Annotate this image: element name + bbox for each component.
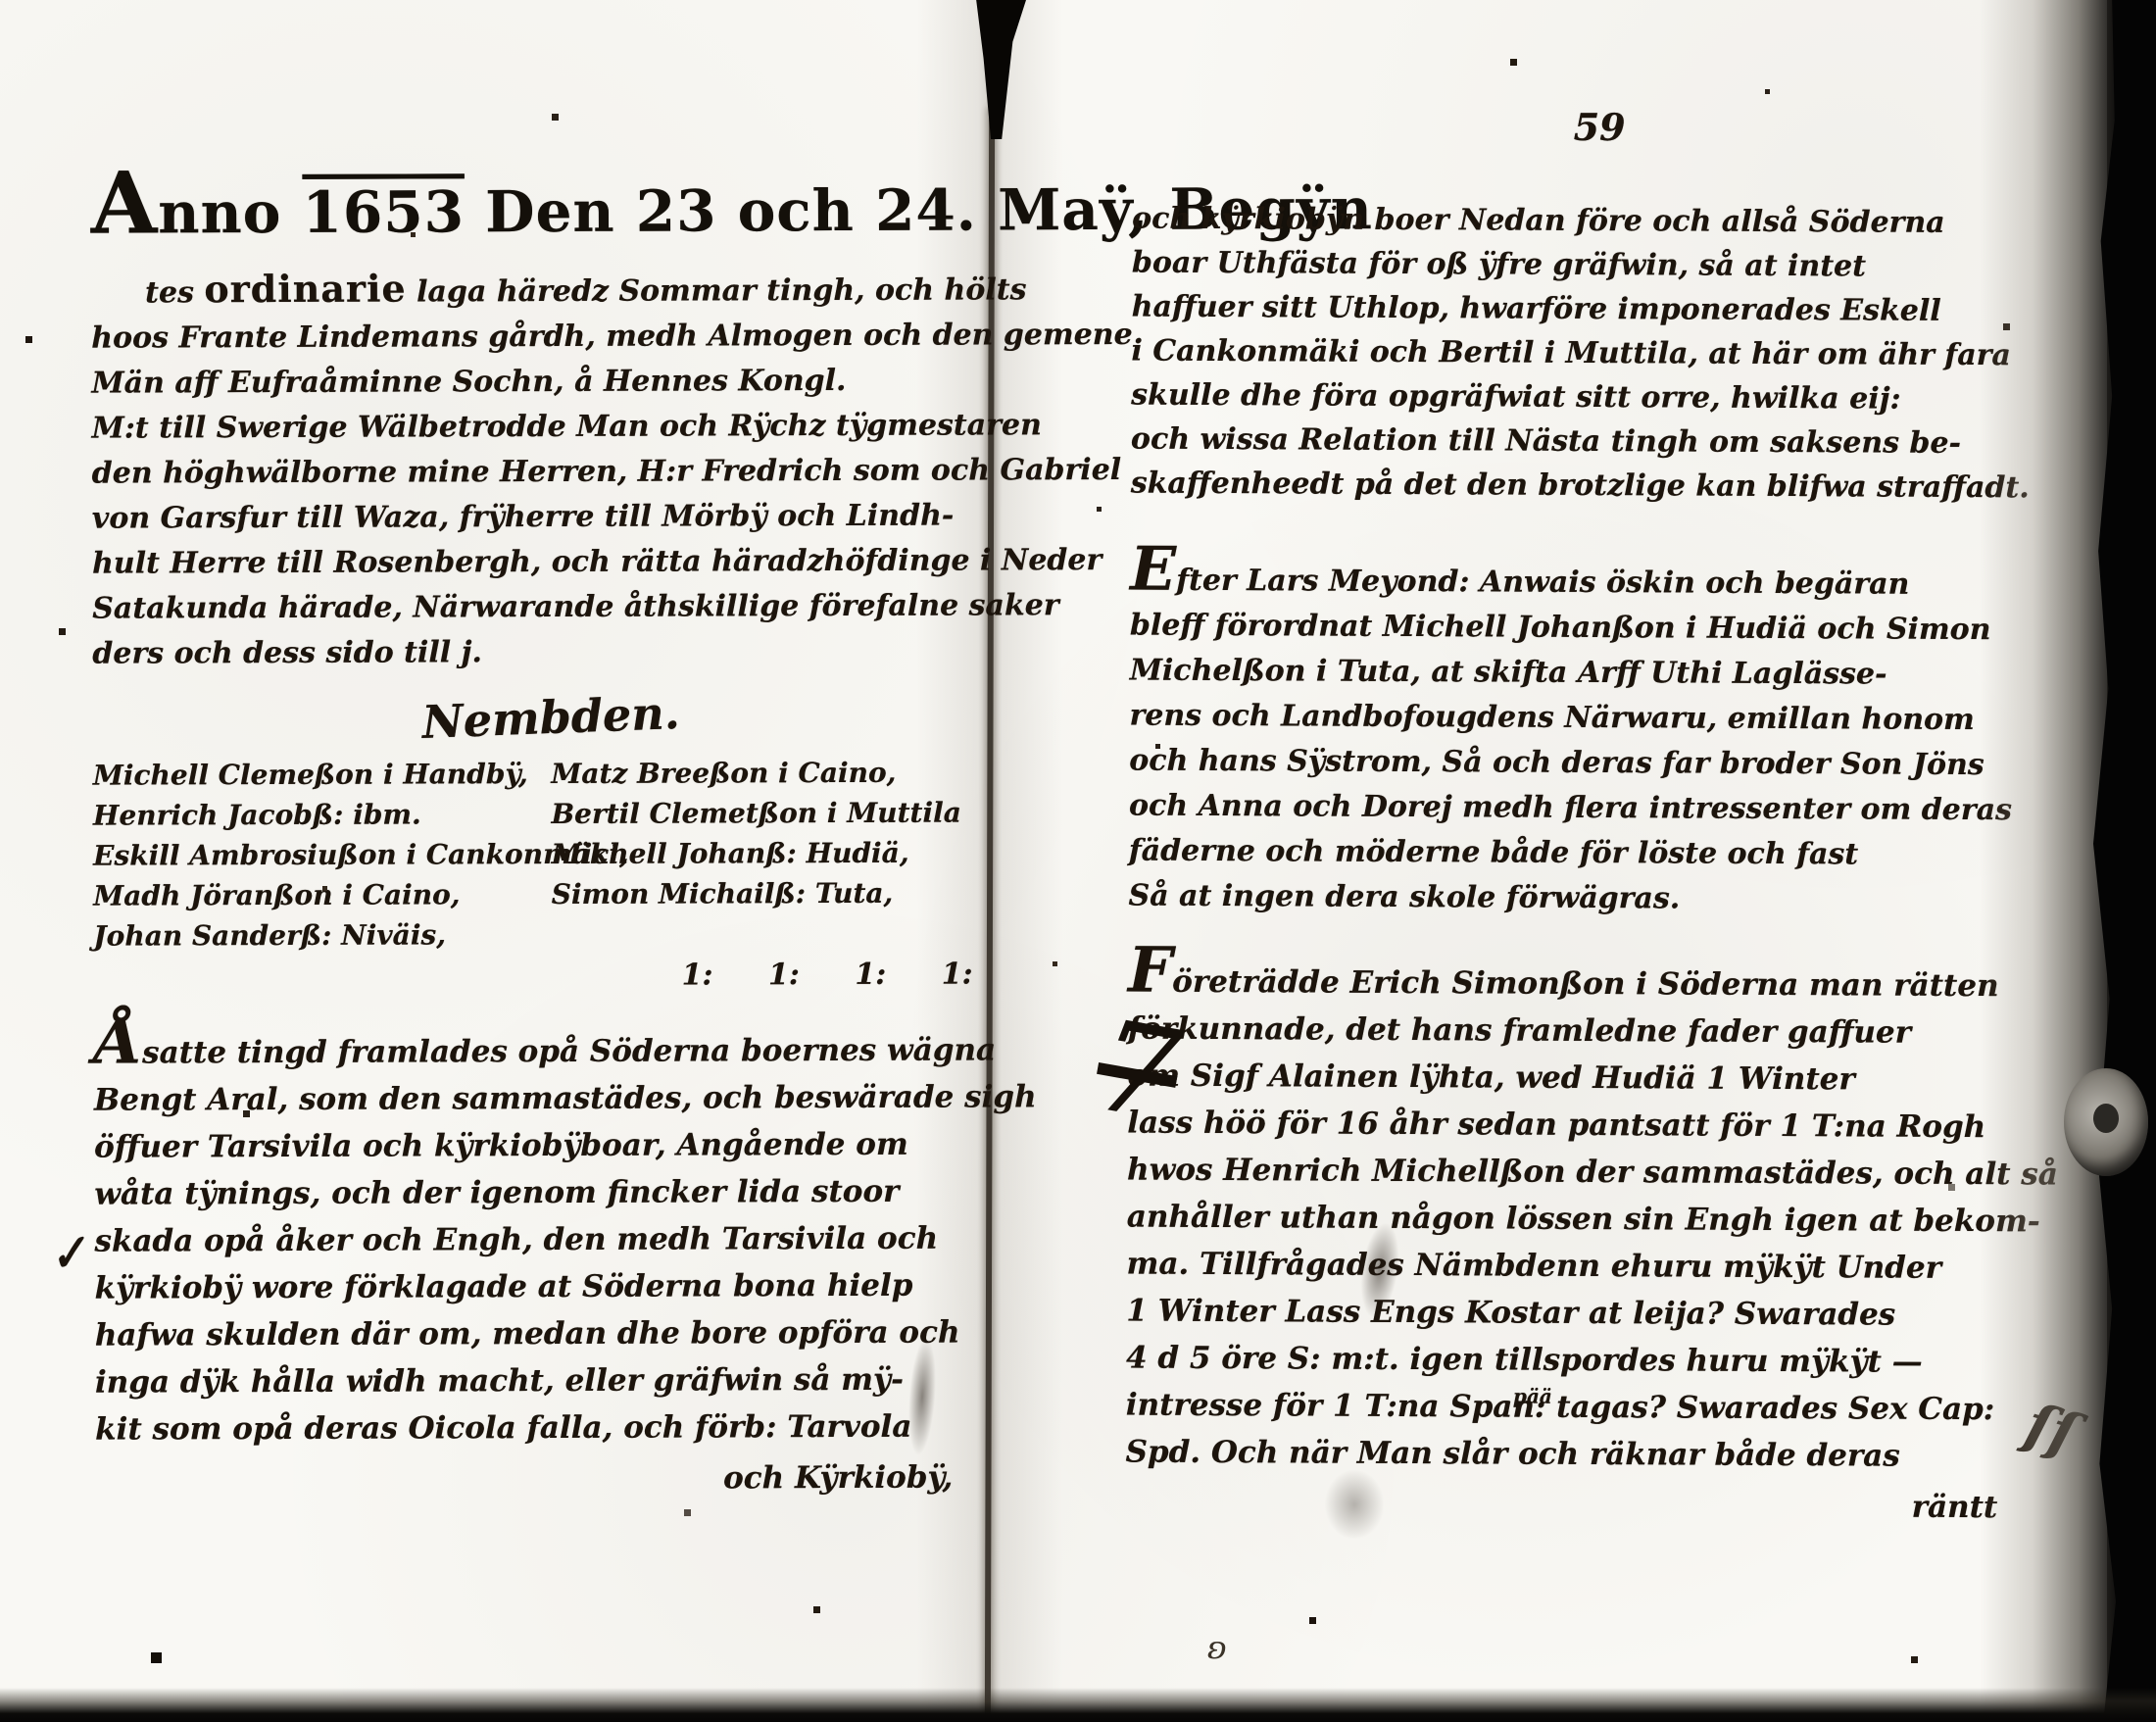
jury-column-right: Matz Breeßon i Caino, Bertil Clemetßon i… xyxy=(551,752,1009,955)
intro-ordinarie: ordinarie xyxy=(204,266,406,311)
manuscript-line: och hans Sÿstrom, Så och deras far brode… xyxy=(1129,739,2060,789)
manuscript-line: skulle dhe föra opgräfwiat sitt orre, hw… xyxy=(1131,373,2062,422)
manuscript-line: wåta tÿnings, och der igenom fincker lid… xyxy=(94,1167,1010,1217)
left-page: Anno 1653 Den 23 och 24. Maÿ, Begÿn tes … xyxy=(91,147,1012,1503)
page-number: 59 xyxy=(1574,105,1626,149)
scan-bottom-edge xyxy=(0,1688,2156,1722)
manuscript-line: bleff förordnat Michell Johanßon i Hudiä… xyxy=(1130,604,2061,654)
inheritance-paragraph: Efter Lars Meyond: Anwais öskin och begä… xyxy=(1128,547,2061,924)
scan-background-edge xyxy=(2093,0,2156,1722)
meadow-pledge-paragraph: Företrädde Erich Simonßon i Söderna man … xyxy=(1125,947,2059,1532)
manuscript-line: hafwa skulden där om, medan dhe bore opf… xyxy=(95,1308,1011,1358)
manuscript-line: hoos Frante Lindemans gårdh, medh Almoge… xyxy=(91,313,1007,361)
manuscript-line: Michelßon i Tuta, at skifta Arff Uthi La… xyxy=(1130,649,2061,699)
manuscript-line: kÿrkiobÿ wore förklagade at Söderna bona… xyxy=(95,1261,1011,1311)
manuscript-line: om Sigf Alainen lÿhta, wed Hudiä 1 Winte… xyxy=(1127,1053,2058,1105)
case-paragraph-left: Åsatte tingd framlades opå Söderna boern… xyxy=(94,1014,1012,1503)
manuscript-line: 4 d 5 öre S: m:t. igen tillspordes huru … xyxy=(1126,1335,2057,1387)
jury-member: Simon Michailß: Tuta, xyxy=(552,872,1010,914)
jury-member: Bertil Clemetßon i Muttila xyxy=(551,792,1009,834)
manuscript-line: anhåller uthan någon lössen sin Engh ige… xyxy=(1127,1194,2058,1246)
manuscript-line: den höghwälborne mine Herren, H:r Fredri… xyxy=(92,448,1008,496)
manuscript-line: inga dÿk hålla widh macht, eller gräfwin… xyxy=(95,1355,1011,1405)
manuscript-line: tes ordinarie laga häredz Sommar tingh, … xyxy=(145,264,1007,316)
manuscript-line: kit som opå deras Oicola falla, och förb… xyxy=(95,1402,1011,1452)
manuscript-line: Så at ingen dera skole förwägras. xyxy=(1128,874,2059,924)
manuscript-line: och Anna och Dorej medh flera intressent… xyxy=(1129,784,2060,834)
manuscript-line: hwos Henrich Michellßon der sammastädes,… xyxy=(1127,1147,2058,1199)
book-clasp xyxy=(2064,1068,2148,1176)
manuscript-line: ders och dess sido till j. xyxy=(92,628,1008,676)
manuscript-line: M:t till Swerige Wälbetrodde Man och Rÿc… xyxy=(92,403,1008,451)
manuscript-line: Åsatte tingd framlades opå Söderna boern… xyxy=(94,1014,1010,1076)
manuscript-line: hult Herre till Rosenbergh, och rätta hä… xyxy=(92,538,1008,586)
manuscript-line: von Garsfur till Waza, frÿherre till Mör… xyxy=(92,493,1008,541)
tally-marks: 1: 1: 1: 1: xyxy=(681,957,1009,992)
entry-heading: Anno 1653 Den 23 och 24. Maÿ, Begÿn xyxy=(91,147,1007,257)
manuscript-line: öffuer Tarsivila och kÿrkiobÿboar, Angåe… xyxy=(94,1120,1010,1170)
jury-member: Johan Sanderß: Niväis, xyxy=(93,914,552,957)
right-page: 59 och kÿrkiobÿn boer Nedan före och all… xyxy=(1125,91,2064,1532)
jury-heading: Nembden. xyxy=(421,686,681,749)
manuscript-line: intresse för 1 T:na Span: tagas? Swarade… xyxy=(1126,1382,2057,1434)
manuscript-line: Bengt Aral, som den sammastädes, och bes… xyxy=(94,1073,1010,1123)
manuscript-line: och kÿrkiobÿn boer Nedan före och allså … xyxy=(1132,197,2063,246)
manuscript-line: rens och Landbofougdens Närwaru, emillan… xyxy=(1129,694,2060,744)
paragraph-closing: och Kÿrkiobÿ, xyxy=(95,1453,953,1503)
paragraph-closing: räntt xyxy=(1125,1480,1997,1532)
intro-paragraph: tes ordinarie laga häredz Sommar tingh, … xyxy=(91,264,1008,676)
manuscript-line: lass höö för 16 åhr sedan pantsatt för 1… xyxy=(1127,1100,2058,1152)
manuscript-line: Efter Lars Meyond: Anwais öskin och begä… xyxy=(1130,547,2061,609)
ink-smudge xyxy=(1325,1470,1384,1539)
manuscript-line: Företrädde Erich Simonßon i Söderna man … xyxy=(1128,947,2059,1010)
jury-member: Michell Clemeßon i Handbÿ, xyxy=(93,754,552,796)
intro-rest: laga häredz Sommar tingh, och hölts xyxy=(416,272,1027,309)
heading-year: 1653 xyxy=(302,178,465,246)
manuscript-line: Män aff Eufraåminne Sochn, å Hennes Kong… xyxy=(91,358,1007,406)
manuscript-line: Spd. Och när Man slår och räknar både de… xyxy=(1125,1429,2056,1481)
book-clasp-hole xyxy=(2093,1104,2119,1133)
manuscript-line: förkunnade, det hans framledne fader gaf… xyxy=(1128,1006,2059,1058)
heading-anno: Anno xyxy=(91,179,282,247)
ink-specks xyxy=(0,0,3,3)
jury-column-left: Michell Clemeßon i Handbÿ, Henrich Jacob… xyxy=(93,754,552,957)
jury-list: Michell Clemeßon i Handbÿ, Henrich Jacob… xyxy=(93,752,1010,956)
jury-member: Michell Johanß: Hudiä, xyxy=(552,832,1010,874)
manuscript-line: Satakunda härade, Närwarande åthskillige… xyxy=(92,583,1008,631)
manuscript-line: och wissa Relation till Nästa tingh om s… xyxy=(1131,418,2062,467)
jury-member: Eskill Ambrosiußon i Cankonmäki, xyxy=(93,834,552,876)
manuscript-line: 1 Winter Lass Engs Kostar at leija? Swar… xyxy=(1126,1288,2057,1340)
interlinear-correction: pää xyxy=(1513,1385,1552,1408)
manuscript-line: haffuer sitt Uthlop, hwarföre imponerade… xyxy=(1132,285,2063,334)
jury-member: Henrich Jacobß: ibm. xyxy=(93,794,552,836)
continuation-paragraph: och kÿrkiobÿn boer Nedan före och allså … xyxy=(1131,197,2064,511)
manuscript-line: fäderne och möderne både för löste och f… xyxy=(1129,829,2060,879)
manuscript-line: skaffenheedt på det den brotzlige kan bl… xyxy=(1131,462,2062,511)
bottom-squiggle-mark: ʚ xyxy=(1207,1629,1227,1666)
jury-member: Madh Jöranßon i Caino, xyxy=(93,874,552,916)
manuscript-scan: Anno 1653 Den 23 och 24. Maÿ, Begÿn tes … xyxy=(0,0,2156,1722)
manuscript-line: ma. Tillfrågades Nämbdenn ehuru mÿkÿt Un… xyxy=(1126,1241,2057,1293)
intro-lead: tes xyxy=(145,275,194,310)
manuscript-line: boar Uthfästa för oß ÿfre gräfwin, så at… xyxy=(1132,241,2063,290)
jury-member: Matz Breeßon i Caino, xyxy=(551,752,1009,794)
manuscript-line: skada opå åker och Engh, den medh Tarsiv… xyxy=(94,1214,1010,1264)
manuscript-line: i Cankonmäki och Bertil i Muttila, at hä… xyxy=(1131,329,2062,378)
